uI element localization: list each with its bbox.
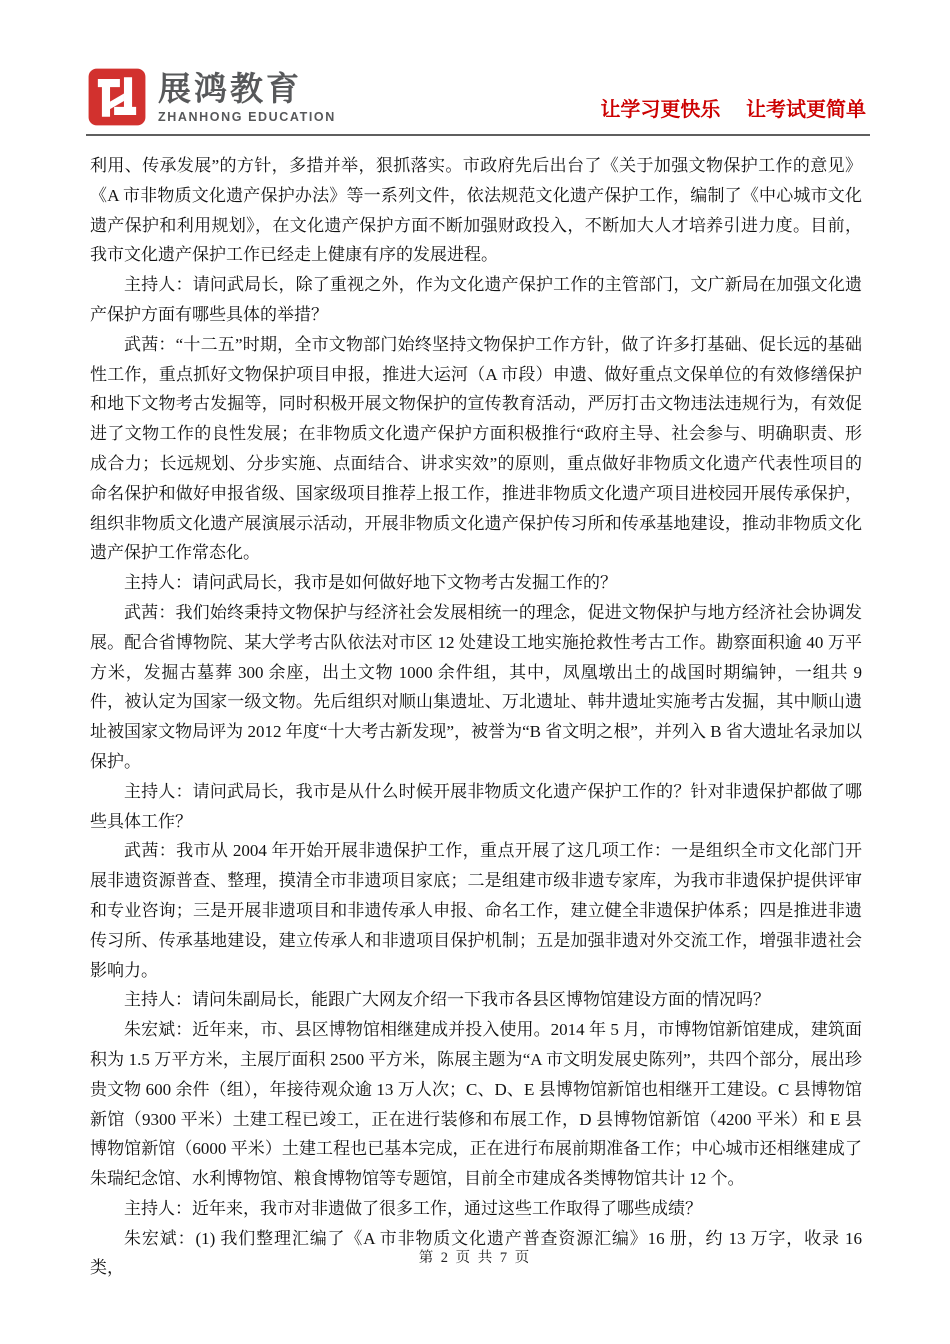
header-divider: [86, 134, 870, 136]
paragraph: 武茜：我们始终秉持文物保护与经济社会发展相统一的理念，促进文物保护与地方经济社会…: [90, 598, 862, 777]
paragraph: 主持人：请问武局长，除了重视之外，作为文化遗产保护工作的主管部门，文广新局在加强…: [90, 270, 862, 330]
paragraph: 主持人：请问武局长，我市是从什么时候开展非物质文化遗产保护工作的？针对非遗保护都…: [90, 777, 862, 837]
brand-text: 展鸿教育 ZHANHONG EDUCATION: [158, 71, 336, 124]
zhanhong-logo-icon: [88, 68, 146, 126]
paragraph: 利用、传承发展”的方针，多措并举，狠抓落实。市政府先后出台了《关于加强文物保护工…: [90, 151, 862, 270]
brand-name-en: ZHANHONG EDUCATION: [158, 110, 336, 124]
page-number: 第 2 页 共 7 页: [0, 1246, 950, 1267]
paragraph: 朱宏斌：近年来，市、县区博物馆相继建成并投入使用。2014 年 5 月，市博物馆…: [90, 1015, 862, 1194]
paragraph: 主持人：请问武局长，我市是如何做好地下文物考古发掘工作的？: [90, 568, 862, 598]
paragraph: 主持人：请问朱副局长，能跟广大网友介绍一下我市各县区博物馆建设方面的情况吗？: [90, 985, 862, 1015]
paragraph: 武茜：我市从 2004 年开始开展非遗保护工作，重点开展了这几项工作：一是组织全…: [90, 836, 862, 985]
paragraph: 武茜：“十二五”时期，全市文物部门始终坚持文物保护工作方针，做了许多打基础、促长…: [90, 330, 862, 568]
document-body: 利用、传承发展”的方针，多措并举，狠抓落实。市政府先后出台了《关于加强文物保护工…: [90, 151, 862, 1283]
document-page: 展鸿教育 ZHANHONG EDUCATION 让学习更快乐 让考试更简单 利用…: [0, 0, 950, 1344]
page-header: 展鸿教育 ZHANHONG EDUCATION 让学习更快乐 让考试更简单: [88, 56, 866, 126]
brand-name-cn: 展鸿教育: [158, 71, 336, 107]
brand-slogan: 让学习更快乐 让考试更简单: [600, 93, 866, 126]
brand-block: 展鸿教育 ZHANHONG EDUCATION: [88, 68, 336, 126]
paragraph: 主持人：近年来，我市对非遗做了很多工作，通过这些工作取得了哪些成绩？: [90, 1194, 862, 1224]
